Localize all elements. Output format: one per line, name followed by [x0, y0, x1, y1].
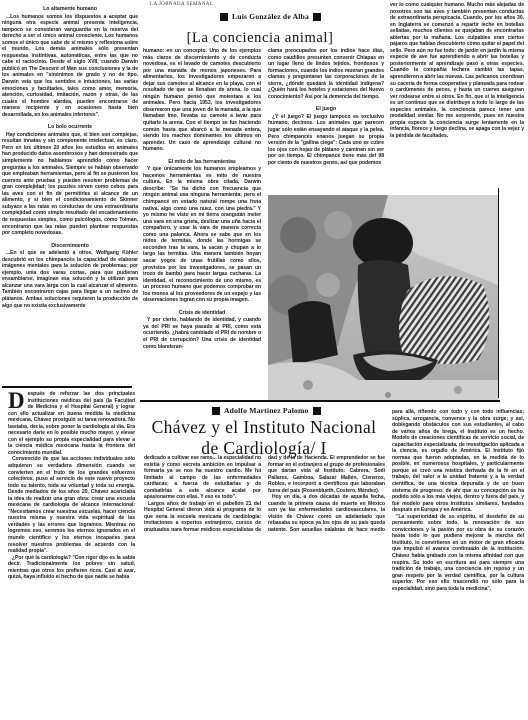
article1-title: [La conciencia animal] — [140, 30, 380, 47]
section-heading: Crisis de identidad — [143, 310, 261, 317]
photo-border — [498, 188, 499, 398]
section-heading: Lo bolo ocurrente — [2, 124, 138, 131]
section-heading: El juego — [268, 106, 384, 113]
article2-column-1: Después de reforzar las dos principales … — [8, 391, 135, 611]
article2-column-3: dad y de la de Hacienda. El emprendedor … — [268, 455, 385, 531]
byline-square-icon — [313, 407, 321, 415]
paragraph: Convencido de que las acciones individua… — [8, 456, 135, 554]
byline-square-icon — [220, 13, 228, 21]
byline-square-icon — [313, 13, 321, 21]
article2-byline: Adolfo Martínez Palomo — [212, 406, 321, 415]
paragraph: para allá, riñendo con todo y con todo i… — [392, 409, 524, 514]
paragraph: humano: en un concepto. Uno de los ejemp… — [143, 48, 261, 153]
paragraph: ver lo como cualquier humano. Mucho más … — [390, 2, 524, 139]
section-heading: Lo altamente humano — [2, 6, 138, 13]
article1-middle-column: humano: en un concepto. Uno de los ejemp… — [143, 48, 261, 378]
paragraph: ...En el que se adelantó a otros, Wolfga… — [2, 250, 138, 309]
page-folio: LA JORNADA SEMANAL — [150, 2, 213, 7]
article2-title: Chávez y el Instituto Nacional de Cardio… — [140, 417, 388, 459]
article1-byline: Luis González de Alba — [220, 12, 321, 21]
section-heading: El mito de las herramientas — [143, 159, 261, 166]
dropcap: D — [8, 392, 25, 410]
section-divider-left — [2, 386, 132, 388]
paragraph: ¿Y el juego? El juego tampoco es exclusi… — [268, 114, 384, 166]
photo-child-with-bowl-image — [268, 195, 498, 400]
article1-right-column: ver lo como cualquier humano. Mucho más … — [390, 2, 524, 190]
lead-paragraph: Después de reforzar las dos principales … — [8, 391, 135, 456]
article2-column-2: dedicado a cultivar ese ramo... la espec… — [144, 455, 261, 531]
section-divider-main — [140, 400, 500, 402]
paragraph: Hay condiciones animales que, si bien so… — [2, 132, 138, 237]
article1-photo — [268, 195, 498, 400]
article2-title-line1: Chávez y el Instituto Nacional — [140, 417, 388, 438]
paragraph: Hoy en día, a dos décadas de aquella fec… — [268, 494, 385, 531]
article2-column-4: para allá, riñendo con todo y con todo i… — [392, 409, 524, 645]
paragraph: "La superioridad de su espíritu, el desd… — [392, 514, 524, 593]
paragraph: Y por cierto, hablando de identidad, y c… — [143, 317, 261, 350]
article2-author: Adolfo Martínez Palomo — [224, 406, 309, 415]
paragraph: dedicado a cultivar ese ramo... la espec… — [144, 455, 261, 501]
lead-text: espués de reforzar las dos principales i… — [8, 391, 135, 456]
section-heading: Discernimiento — [2, 243, 138, 250]
article1-center-right-column: clama preocupados por los indios hace dí… — [268, 48, 384, 186]
paragraph: Y que únicamente los humanos empleamos y… — [143, 166, 261, 303]
paragraph: dad y de la de Hacienda. El emprendedor … — [268, 455, 385, 494]
paragraph: ...Los humanos somos los dispuestos a ac… — [2, 14, 138, 119]
paragraph: Largos años de trabajo en el pabellón 21… — [144, 501, 261, 531]
paragraph: clama preocupados por los indios hace dí… — [268, 48, 384, 100]
article1-author: Luis González de Alba — [232, 12, 309, 21]
article1-left-column: Lo altamente humano ...Los humanos somos… — [2, 6, 138, 309]
paragraph: ¿Por qué la cardiología? "Con rigor dijo… — [8, 555, 135, 581]
byline-square-icon — [212, 407, 220, 415]
